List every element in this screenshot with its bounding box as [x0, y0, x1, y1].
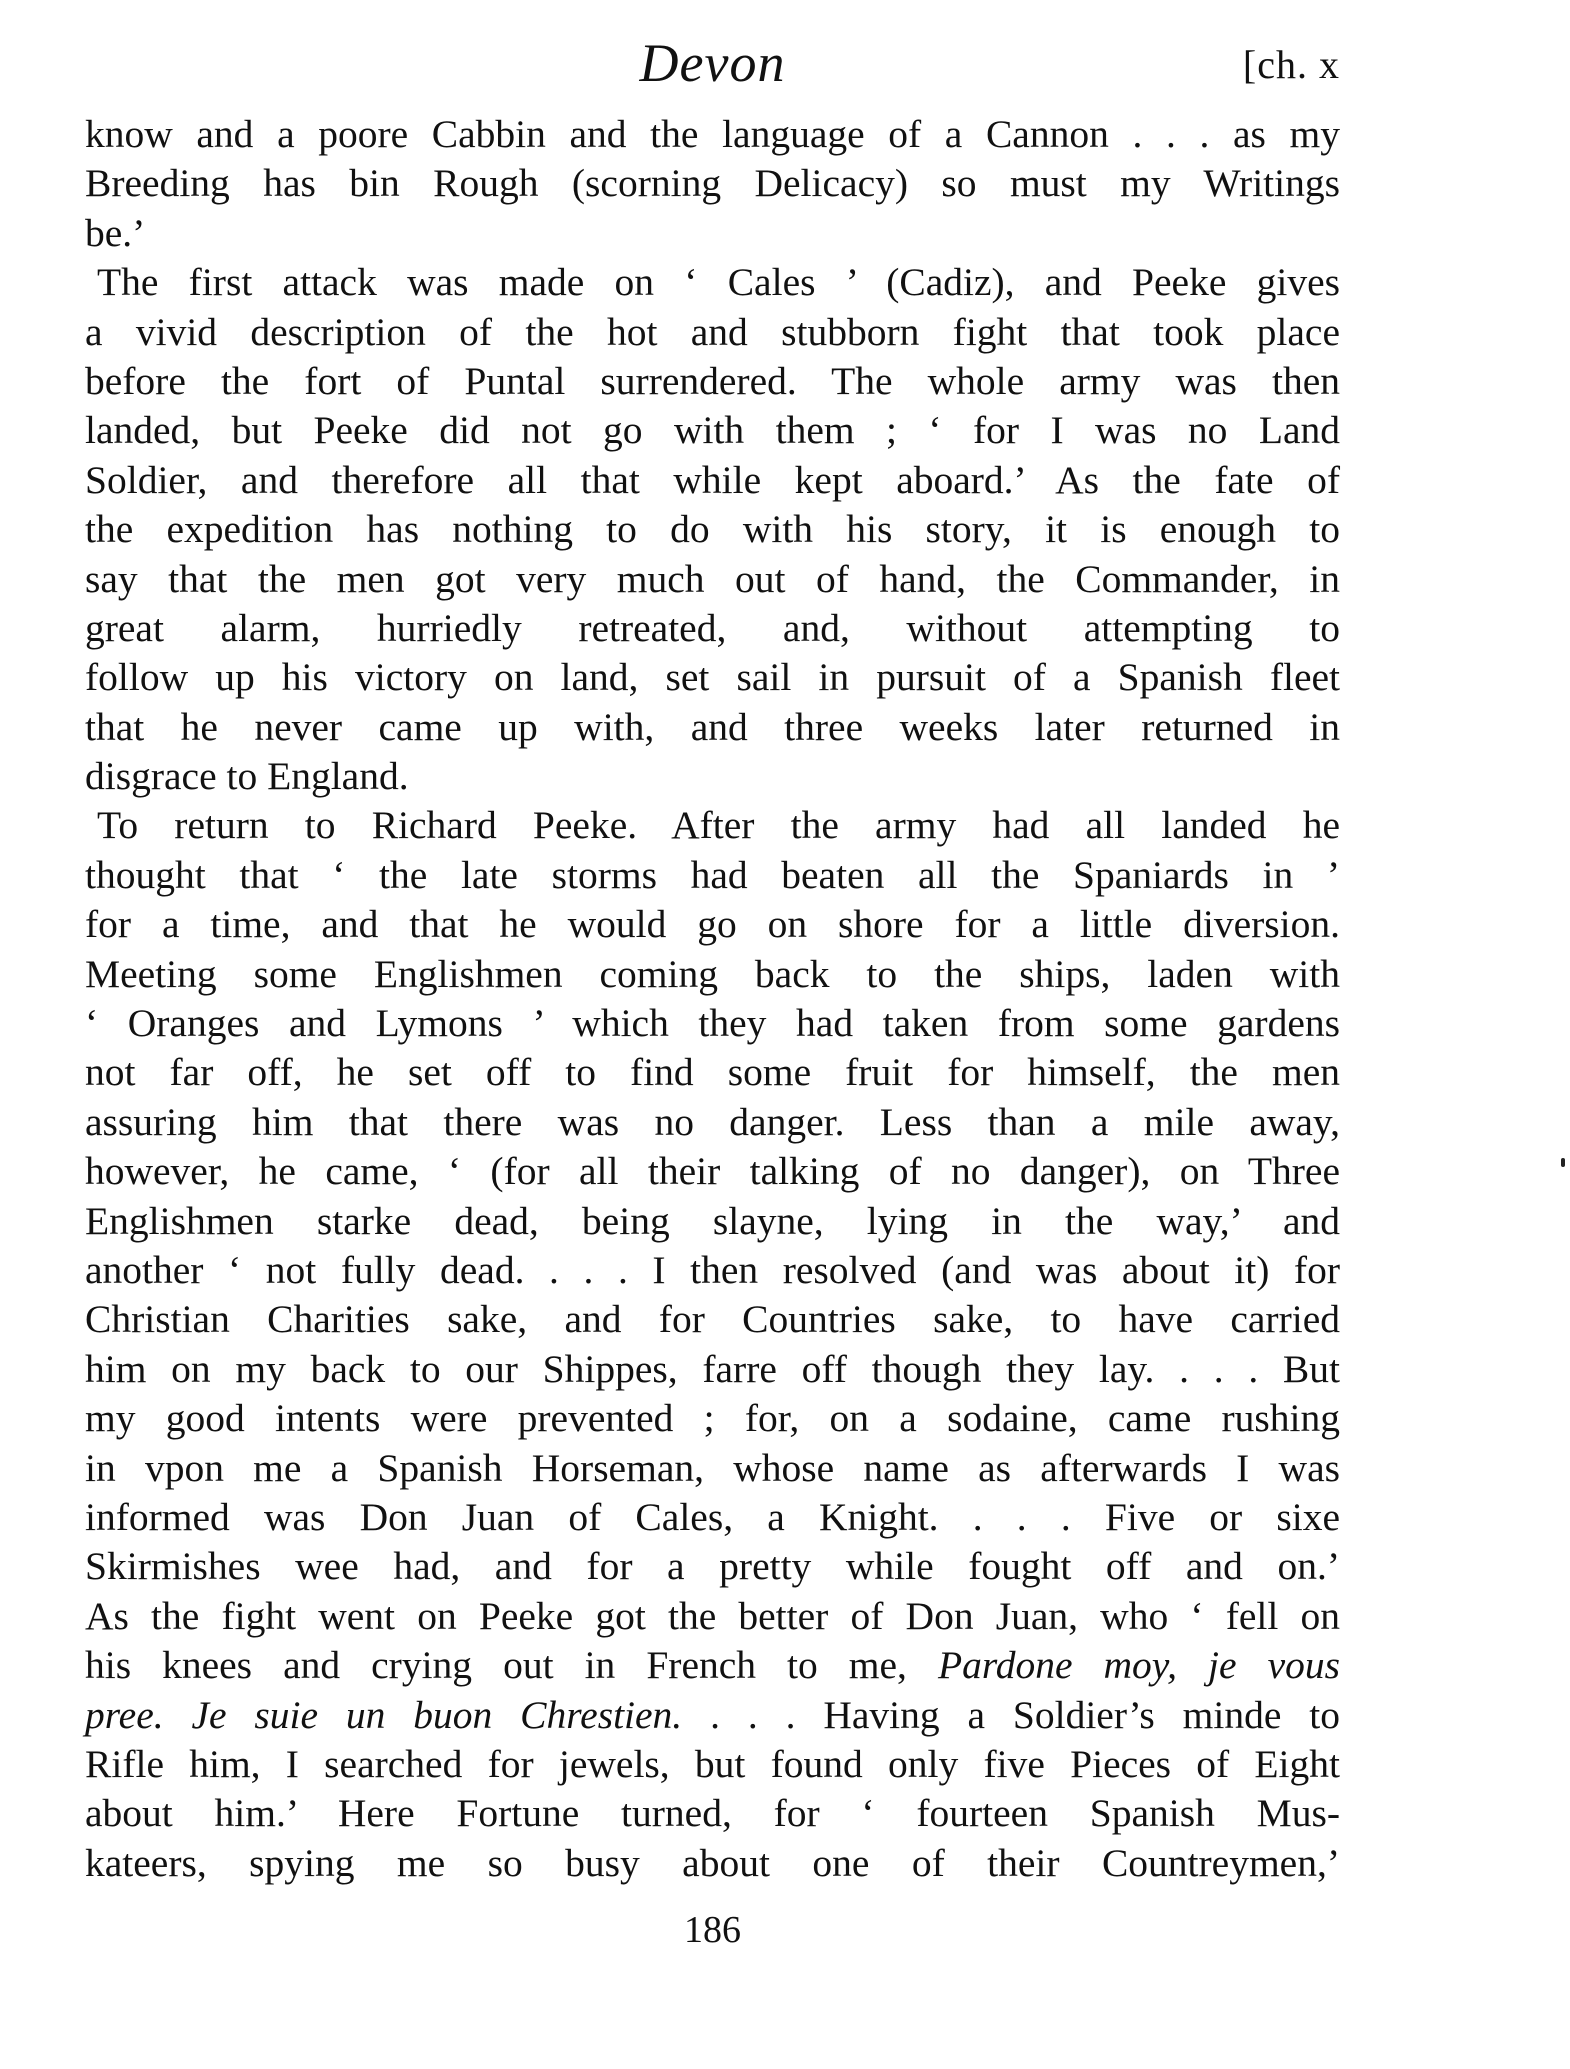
text-line: assuring him that there was no danger. L…	[85, 1098, 1340, 1147]
text-line: Soldier, and therefore all that while ke…	[85, 456, 1340, 505]
text-line: say that the men got very much out of ha…	[85, 555, 1340, 604]
text-line: him on my back to our Shippes, farre off…	[85, 1345, 1340, 1394]
text-line: not far off, he set off to find some fru…	[85, 1048, 1340, 1097]
text-line: To return to Richard Peeke. After the ar…	[85, 801, 1340, 850]
text-line: kateers, spying me so busy about one of …	[85, 1839, 1340, 1888]
text-line: the expedition has nothing to do with hi…	[85, 505, 1340, 554]
text-segment: his knees and crying out in French to me…	[85, 1643, 938, 1687]
text-line: before the fort of Puntal surrendered. T…	[85, 357, 1340, 406]
text-line: however, he came, ‘ (for all their talki…	[85, 1147, 1340, 1196]
text-line: disgrace to England.	[85, 752, 1340, 801]
text-line: a vivid description of the hot and stubb…	[85, 308, 1340, 357]
text-line: thought that ‘ the late storms had beate…	[85, 851, 1340, 900]
text-line: pree. Je suie un buon Chrestien. . . . H…	[85, 1691, 1340, 1740]
text-line: that he never came up with, and three we…	[85, 703, 1340, 752]
text-line: in vpon me a Spanish Horseman, whose nam…	[85, 1444, 1340, 1493]
body-text: know and a poore Cabbin and the language…	[85, 110, 1340, 1888]
running-head: Devon [ch. x	[85, 28, 1340, 98]
text-line: The first attack was made on ‘ Cales ’ (…	[85, 258, 1340, 307]
text-line: be.’	[85, 209, 1340, 258]
text-line: follow up his victory on land, set sail …	[85, 653, 1340, 702]
italic-quote: pree. Je suie un buon Chrestien.	[85, 1693, 682, 1737]
running-title: Devon	[85, 28, 1340, 98]
text-line: Breeding has bin Rough (scorning Delicac…	[85, 159, 1340, 208]
text-line: his knees and crying out in French to me…	[85, 1641, 1340, 1690]
text-line: Rifle him, I searched for jewels, but fo…	[85, 1740, 1340, 1789]
text-line: As the fight went on Peeke got the bette…	[85, 1592, 1340, 1641]
text-line: know and a poore Cabbin and the language…	[85, 110, 1340, 159]
text-line: for a time, and that he would go on shor…	[85, 900, 1340, 949]
text-line: Meeting some Englishmen coming back to t…	[85, 950, 1340, 999]
page-number: 186	[85, 1900, 1340, 1960]
chapter-reference: [ch. x	[1243, 30, 1340, 100]
text-line: my good intents were prevented ; for, on…	[85, 1394, 1340, 1443]
text-line: informed was Don Juan of Cales, a Knight…	[85, 1493, 1340, 1542]
text-line: Skirmishes wee had, and for a pretty whi…	[85, 1542, 1340, 1591]
book-page: Devon [ch. x know and a poore Cabbin and…	[0, 0, 1570, 2069]
text-line: Englishmen starke dead, being slayne, ly…	[85, 1197, 1340, 1246]
text-line: landed, but Peeke did not go with them ;…	[85, 406, 1340, 455]
text-line: about him.’ Here Fortune turned, for ‘ f…	[85, 1789, 1340, 1838]
scan-speck	[1561, 1158, 1565, 1167]
text-segment: . . . Having a Soldier’s minde to	[682, 1693, 1340, 1737]
text-line: another ‘ not fully dead. . . . I then r…	[85, 1246, 1340, 1295]
text-line: Christian Charities sake, and for Countr…	[85, 1295, 1340, 1344]
text-line: great alarm, hurriedly retreated, and, w…	[85, 604, 1340, 653]
italic-quote: Pardone moy, je vous	[938, 1643, 1340, 1687]
text-line: ‘ Oranges and Lymons ’ which they had ta…	[85, 999, 1340, 1048]
